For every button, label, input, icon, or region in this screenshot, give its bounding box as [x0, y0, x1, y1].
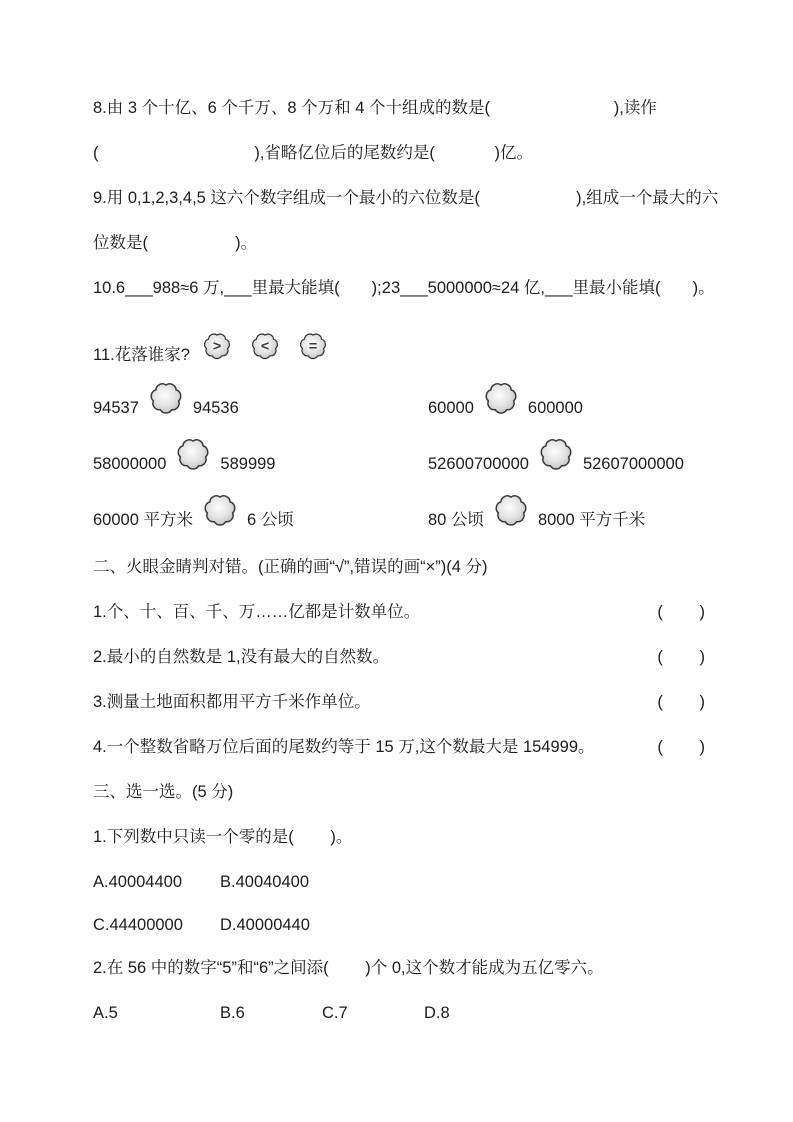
judge-answer-blank: ( )	[657, 602, 705, 622]
flower-blank-icon	[485, 485, 537, 535]
option-c: C.7	[322, 1003, 424, 1023]
question-8-line-2: ( ),省略亿位后的尾数约是( )亿。	[93, 143, 705, 163]
equal-symbol: =	[309, 339, 317, 355]
compare-left-value: 58000000	[93, 455, 166, 475]
choice-1-options-row-1: A.40004400 B.40040400	[93, 872, 705, 892]
comparison-pair: 60000 600000	[428, 373, 705, 419]
option-b: B.40040400	[220, 872, 322, 892]
judge-item-text: 3.测量土地面积都用平方千米作单位。	[93, 692, 371, 712]
comparison-row-1: 94537 94536 60000 600000	[93, 373, 705, 419]
compare-right-value: 6 公顷	[247, 511, 294, 531]
option-a: A.40004400	[93, 872, 220, 892]
judge-item-3: 3.测量土地面积都用平方千米作单位。 ( )	[93, 692, 705, 712]
flower-less-icon: <	[244, 325, 286, 367]
section-2-title: 二、火眼金睛判对错。(正确的画“√”,错误的画“×”)(4 分)	[93, 557, 705, 577]
judge-answer-blank: ( )	[657, 737, 705, 757]
compare-left-value: 94537	[93, 399, 139, 419]
judge-answer-blank: ( )	[657, 692, 705, 712]
less-symbol: <	[261, 339, 269, 355]
comparison-pair: 80 公顷 8000 平方千米	[428, 485, 705, 531]
question-10: 10.6___988≈6 万,___里最大能填( );23___5000000≈…	[93, 278, 705, 298]
greater-symbol: >	[213, 339, 221, 355]
compare-right-value: 600000	[528, 399, 583, 419]
judge-item-4: 4.一个整数省略万位后面的尾数约等于 15 万,这个数最大是 154999。 (…	[93, 737, 705, 757]
flower-blank-icon	[530, 429, 582, 479]
flower-equal-icon: =	[292, 325, 334, 367]
judge-item-1: 1.个、十、百、千、万……亿都是计数单位。 ( )	[93, 602, 705, 622]
flower-blank-icon	[194, 485, 246, 535]
section-3-title: 三、选一选。(5 分)	[93, 782, 705, 802]
compare-right-value: 52607000000	[583, 455, 684, 475]
option-a: A.5	[93, 1003, 220, 1023]
choice-question-1: 1.下列数中只读一个零的是( )。	[93, 827, 705, 847]
judge-item-text: 2.最小的自然数是 1,没有最大的自然数。	[93, 647, 389, 667]
compare-left-value: 60000	[428, 399, 474, 419]
flower-blank-icon	[140, 373, 192, 423]
flower-greater-icon: >	[196, 325, 238, 367]
judge-answer-blank: ( )	[657, 647, 705, 667]
compare-left-value: 60000 平方米	[93, 511, 193, 531]
judge-item-2: 2.最小的自然数是 1,没有最大的自然数。 ( )	[93, 647, 705, 667]
comparison-pair: 58000000 589999	[93, 429, 428, 475]
compare-right-value: 94536	[193, 399, 239, 419]
compare-right-value: 589999	[220, 455, 275, 475]
question-11-header: 11.花落谁家? > < =	[93, 323, 705, 367]
compare-right-value: 8000 平方千米	[538, 511, 645, 531]
comparison-row-3: 60000 平方米 6 公顷 80 公顷 8000 平方千米	[93, 485, 705, 531]
test-paper-page: 8.由 3 个十亿、6 个千万、8 个万和 4 个十组成的数是( ),读作 ( …	[0, 0, 793, 1023]
comparison-pair: 94537 94536	[93, 373, 428, 419]
comparison-row-2: 58000000 589999 52600700000 52607000000	[93, 429, 705, 475]
judge-item-text: 4.一个整数省略万位后面的尾数约等于 15 万,这个数最大是 154999。	[93, 737, 595, 757]
comparison-pair: 52600700000 52607000000	[428, 429, 705, 475]
flower-blank-icon	[167, 429, 219, 479]
question-8-line-1: 8.由 3 个十亿、6 个千万、8 个万和 4 个十组成的数是( ),读作	[93, 98, 705, 118]
choice-1-options-row-2: C.44400000 D.40000440	[93, 915, 705, 935]
compare-left-value: 80 公顷	[428, 511, 484, 531]
option-b: B.6	[220, 1003, 322, 1023]
flower-blank-icon	[475, 373, 527, 423]
choice-2-options-row: A.5 B.6 C.7 D.8	[93, 1003, 705, 1023]
compare-left-value: 52600700000	[428, 455, 529, 475]
comparison-pair: 60000 平方米 6 公顷	[93, 485, 428, 531]
question-11-label: 11.花落谁家?	[93, 345, 190, 367]
question-9-line-1: 9.用 0,1,2,3,4,5 这六个数字组成一个最小的六位数是( ),组成一个…	[93, 188, 705, 208]
option-d: D.8	[424, 1003, 526, 1023]
choice-question-2: 2.在 56 中的数字“5”和“6”之间添( )个 0,这个数才能成为五亿零六。	[93, 958, 705, 978]
option-c: C.44400000	[93, 915, 220, 935]
judge-item-text: 1.个、十、百、千、万……亿都是计数单位。	[93, 602, 420, 622]
question-9-line-2: 位数是( )。	[93, 233, 705, 253]
option-d: D.40000440	[220, 915, 322, 935]
